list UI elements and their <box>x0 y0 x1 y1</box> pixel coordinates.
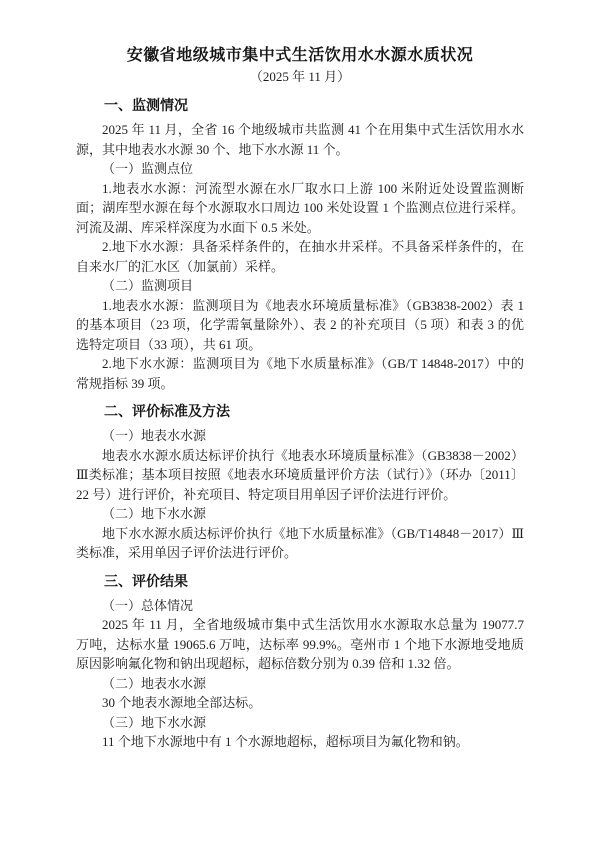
paragraph: 2.地下水水源：监测项目为《地下水质量标准》（GB/T 14848-2017）中… <box>76 354 524 393</box>
subsection-heading: （一）监测点位 <box>76 159 524 179</box>
paragraph: 2025 年 11 月，全省 16 个地级城市共监测 41 个在用集中式生活饮用… <box>76 120 524 159</box>
subsection-heading: （二）地下水水源 <box>76 504 524 524</box>
section-heading-standards: 二、评价标准及方法 <box>76 401 524 422</box>
paragraph: 11 个地下水源地中有 1 个水源地超标，超标项目为氟化物和钠。 <box>76 732 524 752</box>
paragraph: 地表水水源水质达标评价执行《地表水环境质量标准》（GB3838－2002）Ⅲ类标… <box>76 446 524 505</box>
paragraph: 1.地表水水源：河流型水源在水厂取水口上游 100 米附近处设置监测断面；湖库型… <box>76 179 524 238</box>
document-page: 安徽省地级城市集中式生活饮用水水源水质状况 （2025 年 11 月） 一、监测… <box>0 0 600 848</box>
subsection-heading: （二）地表水水源 <box>76 674 524 694</box>
subsection-heading: （一）地表水水源 <box>76 426 524 446</box>
subsection-heading: （二）监测项目 <box>76 276 524 296</box>
subsection-heading: （三）地下水水源 <box>76 713 524 733</box>
paragraph: 2.地下水水源：具备采样条件的，在抽水井采样。不具备采样条件的，在自来水厂的汇水… <box>76 237 524 276</box>
paragraph: 30 个地表水源地全部达标。 <box>76 693 524 713</box>
paragraph: 2025 年 11 月，全省地级城市集中式生活饮用水水源取水总量为 19077.… <box>76 615 524 674</box>
paragraph: 1.地表水水源：监测项目为《地表水环境质量标准》（GB3838-2002）表 1… <box>76 296 524 355</box>
section-heading-results: 三、评价结果 <box>76 571 524 592</box>
document-title: 安徽省地级城市集中式生活饮用水水源水质状况 <box>76 44 524 67</box>
subsection-heading: （一）总体情况 <box>76 596 524 616</box>
document-subtitle: （2025 年 11 月） <box>76 67 524 87</box>
section-heading-monitoring: 一、监测情况 <box>76 95 524 116</box>
paragraph: 地下水水源水质达标评价执行《地下水质量标准》（GB/T14848－2017）Ⅲ类… <box>76 524 524 563</box>
